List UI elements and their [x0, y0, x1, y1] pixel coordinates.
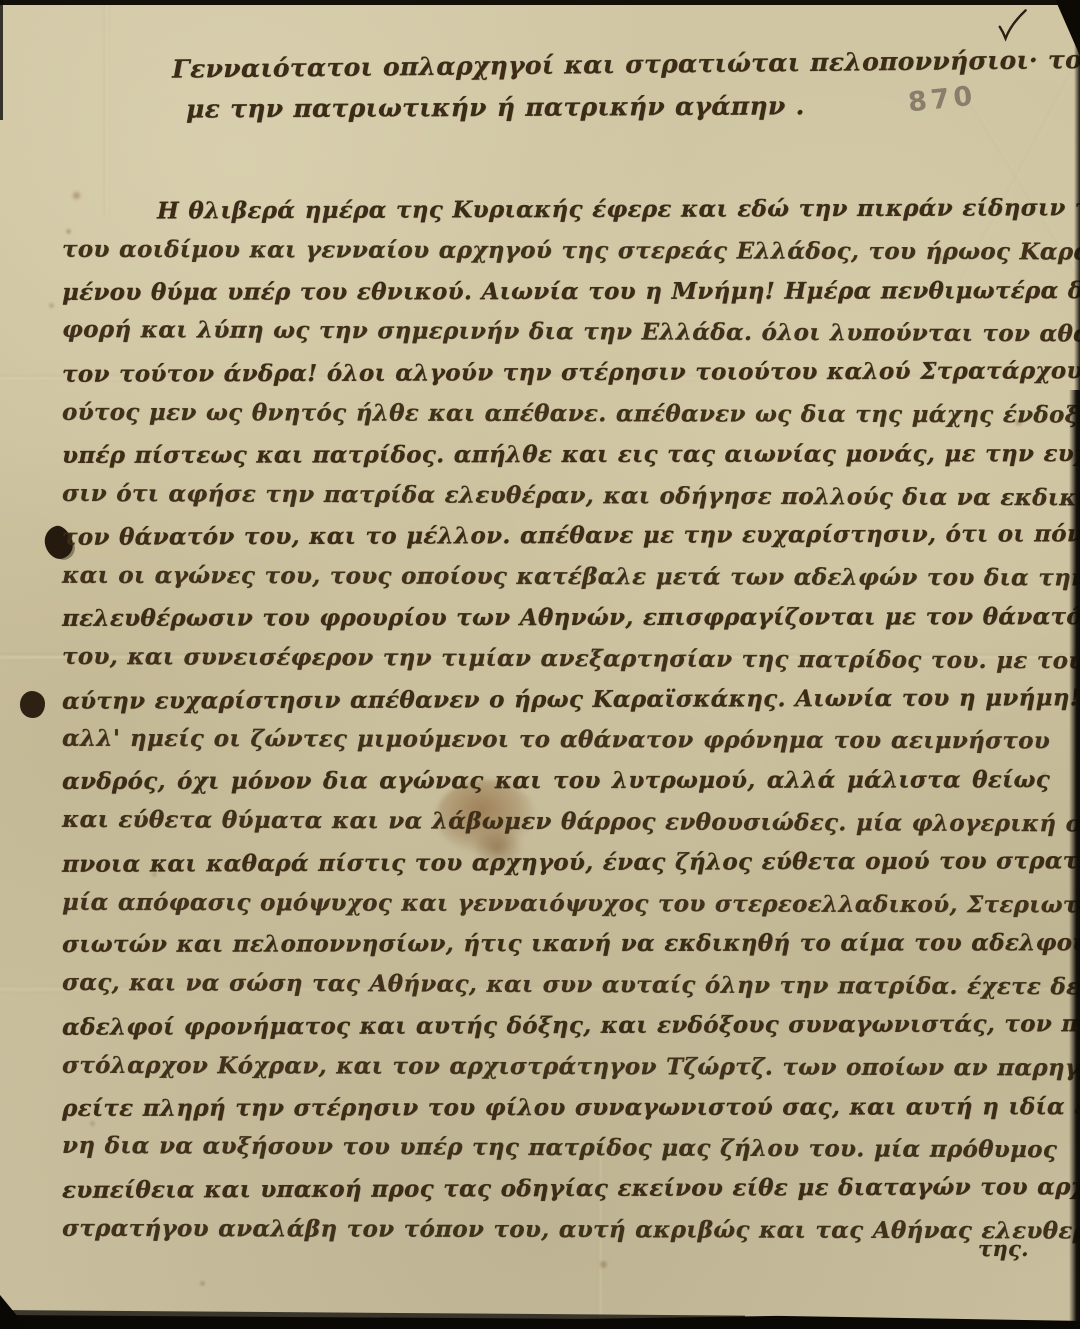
heading-line-2: με την πατριωτικήν ή πατρικήν αγάπην . — [186, 92, 748, 124]
paper-sheet: 870 Γενναιότατοι οπλαρχηγοί και στρατιώτ… — [0, 0, 1080, 1329]
manuscript-line: στόλαρχον Κόχραν, και τον αρχιστράτηγον … — [62, 1045, 1050, 1088]
manuscript-line: του, και συνεισέφερον την τιμίαν ανεξαρτ… — [62, 637, 1050, 682]
manuscript-line: ανδρός, όχι μόνον δια αγώνας και του λυτ… — [62, 760, 1050, 803]
manuscript-line: αλλ' ημείς οι ζώντες μιμούμενοι το αθάνα… — [62, 719, 1050, 762]
ink-blot — [20, 691, 45, 718]
manuscript-line: στρατήγου αναλάβη τον τόπον του, αυτή ακ… — [62, 1209, 1050, 1252]
catchword: της. — [978, 1236, 1029, 1261]
manuscript-line: τον θάνατόν του, και το μέλλον. απέθανε … — [62, 515, 1050, 559]
manuscript-line: πελευθέρωσιν του φρουρίου των Αθηνών, επ… — [62, 597, 1050, 640]
scan-edge-right — [1069, 390, 1080, 1329]
manuscript-line: πνοια και καθαρά πίστις του αρχηγού, ένα… — [62, 841, 1050, 885]
manuscript-line: Η θλιβερά ημέρα της Κυριακής έφερε και ε… — [62, 188, 1050, 232]
manuscript-line: αδελφοί φρονήματος και αυτής δόξης, και … — [62, 1004, 1050, 1048]
manuscript-line: σιν ότι αφήσε την πατρίδα ελευθέραν, και… — [62, 473, 1050, 518]
manuscript-line: μένου θύμα υπέρ του εθνικού. Αιωνία του … — [62, 271, 1050, 314]
manuscript-line: υπέρ πίστεως και πατρίδος. απήλθε και ει… — [62, 434, 1050, 477]
archive-number-pencil: 870 — [907, 81, 978, 119]
scan-edge-top — [0, 0, 1080, 5]
manuscript-line: ρείτε πληρή την στέρησιν του φίλου συναγ… — [62, 1087, 1050, 1130]
manuscript-line: του αοιδίμου και γενναίου αρχηγού της στ… — [62, 230, 1050, 273]
scanned-letter-page: 870 Γενναιότατοι οπλαρχηγοί και στρατιώτ… — [0, 0, 1080, 1329]
manuscript-line: αύτην ευχαρίστησιν απέθανεν ο ήρως Καραϊ… — [62, 678, 1050, 722]
vertical-fold-crease — [104, 0, 109, 215]
manuscript-line: ευπείθεια και υπακοή προς τας οδηγίας εκ… — [62, 1167, 1050, 1211]
manuscript-line: φορή και λύπη ως την σημερινήν δια την Ε… — [62, 310, 1050, 355]
manuscript-line: μία απόφασις ομόψυχος και γενναιόψυχος τ… — [62, 882, 1050, 925]
letter-body: Η θλιβερά ημέρα της Κυριακής έφερε και ε… — [62, 190, 1050, 1251]
manuscript-line: νη δια να αυξήσουν του υπέρ της πατρίδος… — [62, 1126, 1050, 1171]
manuscript-line: σας, και να σώση τας Αθήνας, και συν αυτ… — [62, 963, 1050, 1008]
manuscript-line: σιωτών και πελοποννησίων, ήτις ικανή να … — [62, 923, 1050, 966]
scan-edge-left — [0, 0, 3, 120]
checkmark-icon — [995, 5, 1029, 46]
manuscript-line: και εύθετα θύματα και να λάβωμεν θάρρος … — [62, 800, 1050, 845]
manuscript-line: τον τούτον άνδρα! όλοι αλγούν την στέρησ… — [62, 351, 1050, 395]
manuscript-line: ούτος μεν ως θνητός ήλθε και απέθανε. απ… — [62, 393, 1050, 436]
heading-line-1: Γενναιότατοι οπλαρχηγοί και στρατιώται π… — [172, 45, 1048, 83]
manuscript-line: και οι αγώνες του, τους οποίους κατέβαλε… — [62, 556, 1050, 599]
